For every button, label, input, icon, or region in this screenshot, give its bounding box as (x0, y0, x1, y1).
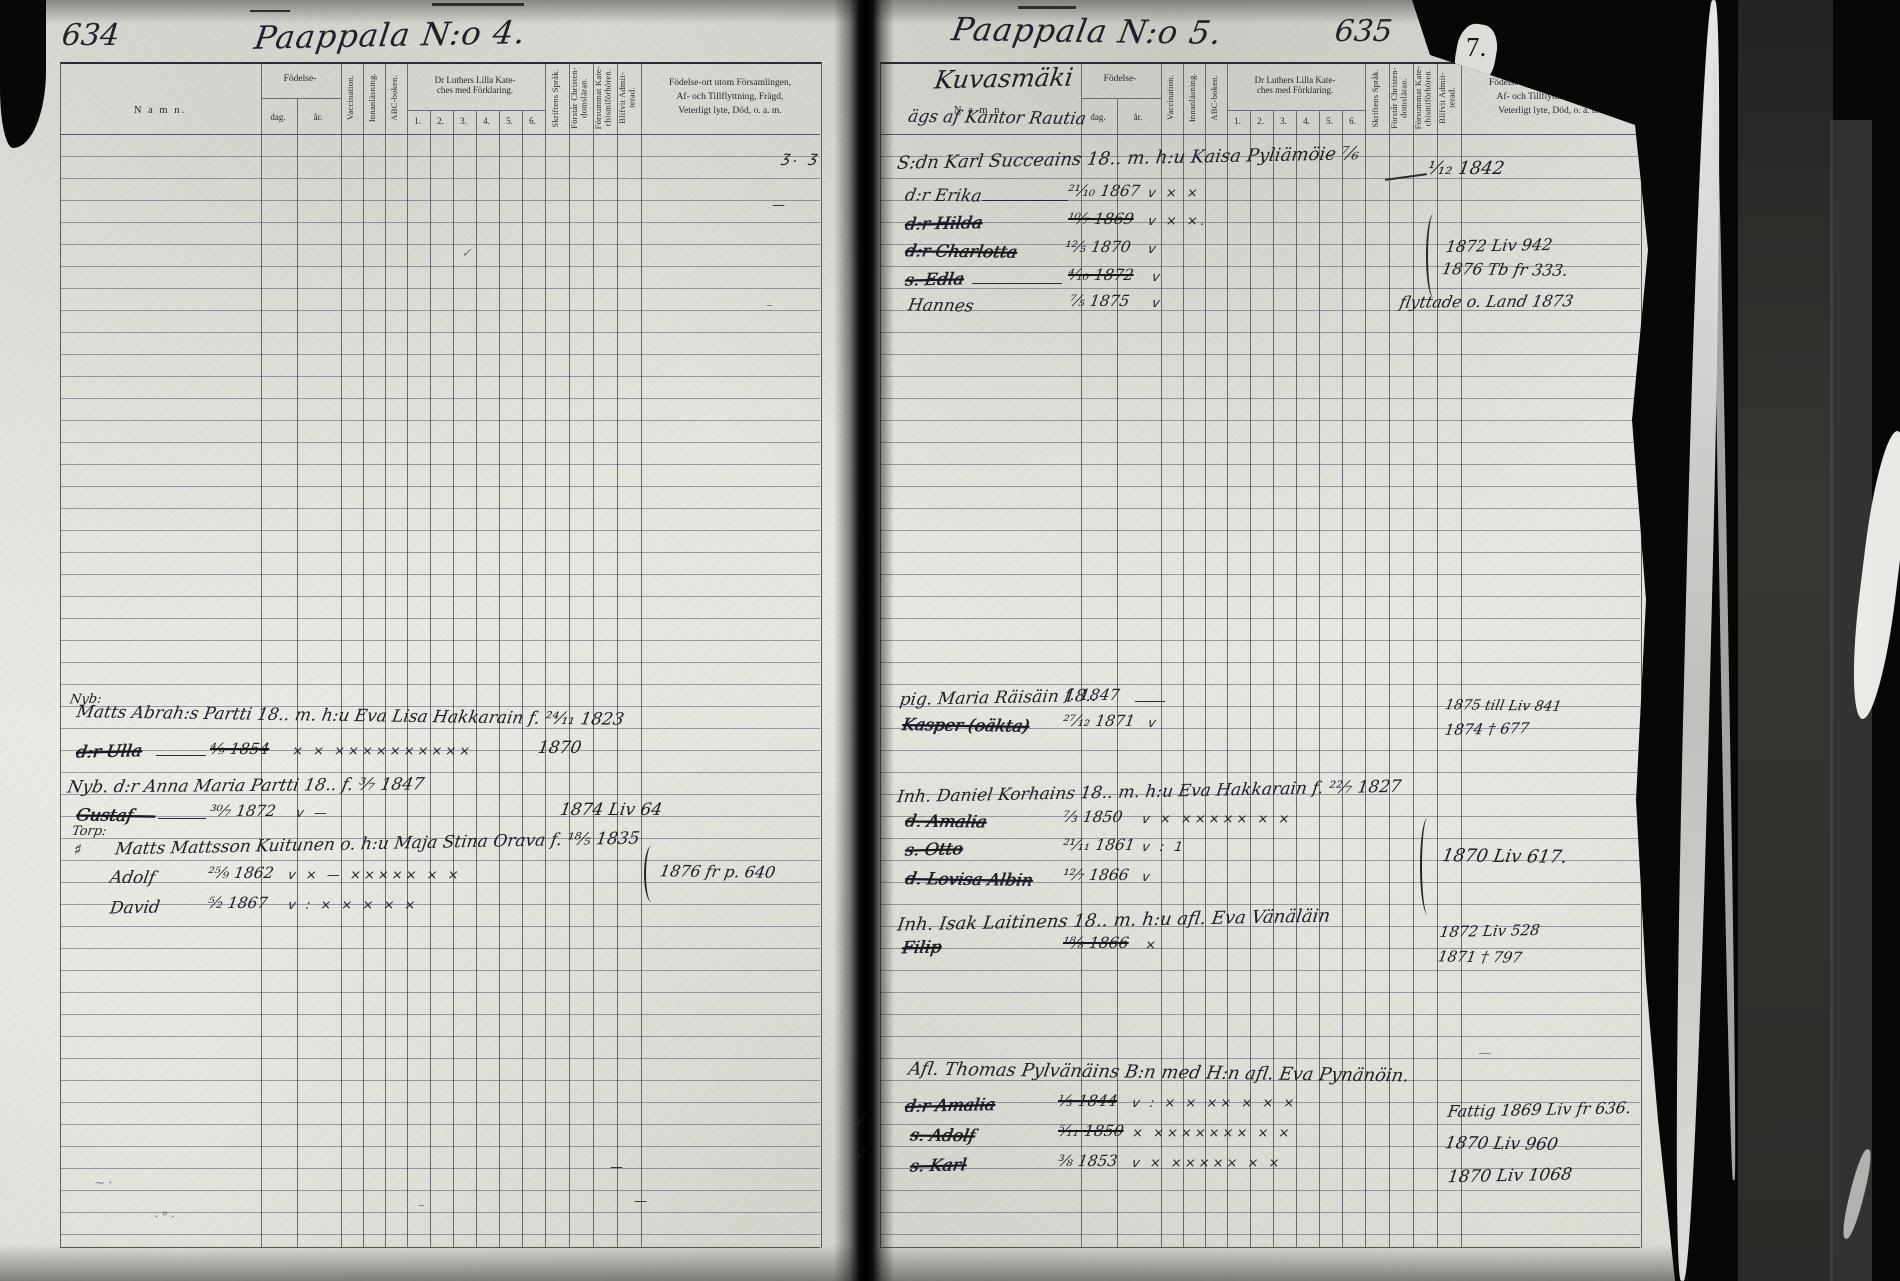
header-innanlasning: Innanläsning. (362, 62, 384, 134)
margin-note: 1874 Liv 64 (558, 800, 663, 820)
entry-marks: v : × × × × × (287, 898, 420, 913)
entry-name: Kasper (oäkta) (900, 715, 1030, 737)
header-katekes-4: 4. (1295, 108, 1318, 134)
header-katekes: Dr Luthers Lilla Kate- ches med Förklari… (406, 64, 544, 106)
entry-marks: v × × (1147, 186, 1202, 201)
header-blifvit: Blifvit Admit- terad. (616, 62, 640, 134)
entry-birthdate: ⁵⁄₂ 1867 (207, 894, 269, 912)
fill-line (158, 818, 206, 819)
header-abc-boken: ABC-boken. (1204, 62, 1226, 134)
entry-birthdate: ²¹⁄₁₁ 1861 (1062, 836, 1137, 854)
entry-birthdate: f. 1847 (1064, 686, 1121, 704)
entry-birthdate: ³⁰⁄₇ 1872 (209, 802, 277, 820)
header-katekes-1: 1. (1226, 108, 1249, 134)
margin-note: 1876 fr p. 640 (658, 861, 776, 882)
entry-birthdate: ²⁷⁄₁₂ 1871 (1062, 712, 1137, 730)
entry-birthdate: ¹²⁄₇ 1866 (1062, 866, 1130, 884)
entry-name: Nyb. d:r Anna Maria Partti 18.. f. ³⁄₇ 1… (66, 774, 426, 797)
entry-name: s. Adolf (908, 1126, 976, 1147)
ink-mark: ✓ (461, 246, 477, 261)
entry-marks: v × ××××× × × (1131, 1156, 1284, 1171)
book-binding-gutter (834, 0, 894, 1281)
header-katekes-5: 5. (498, 108, 521, 134)
margin-brace (1420, 818, 1435, 914)
header-forsummat: Försummat Kate- chismiförhören. (592, 62, 616, 134)
corner-number: 7. (1466, 32, 1486, 63)
entry-marks: v × — ××××× × × (287, 868, 463, 883)
fill-line (982, 200, 1068, 201)
entry-birthdate: ⁷⁄₅ 1875 (1069, 292, 1131, 310)
torn-page-band (1738, 0, 1833, 1281)
entry-name: d. Amalia (903, 811, 987, 832)
entry-name: David (109, 897, 162, 918)
header-forsummat: Försummat Kate- chismiförhören. (1412, 62, 1436, 134)
header-skriftens-sprak: Skriftens Språk. (544, 62, 568, 134)
entry-name: Hannes (906, 296, 975, 317)
header-innanlasning: Innanläsning. (1182, 62, 1204, 134)
left-page-number: 634 (60, 18, 121, 53)
entry-birthdate: ²⁵⁄₉ 1862 (207, 864, 275, 882)
fill-line (972, 283, 1062, 284)
margin-note: 1871 † 797 (1437, 947, 1524, 966)
header-ar: år. (1116, 102, 1160, 132)
entry-birthdate: ¹²⁄₅ 1870 (1064, 238, 1132, 256)
entry-birthdate: ³⁄₈ 1853 (1057, 1152, 1119, 1170)
entry-name: d. Lovisa Albin (903, 869, 1034, 891)
entry-name: d:r Erika (903, 185, 983, 206)
ink-mark: — (771, 198, 789, 213)
margin-note: 1876 Tb fr 333. (1441, 259, 1570, 280)
left-table-header: N a m n. Födelse- dag. år. Vaccination. … (60, 62, 820, 134)
margin-note: 1872 Liv 528 (1439, 921, 1541, 941)
margin-note: flyttade o. Land 1873 (1398, 291, 1575, 312)
entry-name: d:r Hilda (904, 213, 984, 235)
entry-name: s. Karl (909, 1155, 968, 1176)
gutter-check-mark: √ (855, 1148, 869, 1163)
right-page-number: 635 (1333, 14, 1394, 49)
header-katekes-3: 3. (1272, 108, 1295, 134)
entry-name: d:r Ulla (75, 741, 143, 762)
right-page-title: Paappala N:o 5. (949, 10, 1225, 52)
entry-marks: v × ××××× × × (1141, 812, 1294, 827)
margin-note: ¹⁄₁₂ 1842 (1426, 158, 1506, 179)
entry-birthdate: ²¹⁄₁₀ 1867 (1067, 182, 1142, 200)
left-page: 634 Paappala N:o 4. N a m n. Fö (60, 0, 820, 1281)
entry-name: d:r Amalia (903, 1095, 996, 1117)
header-katekes-1: 1. (406, 108, 429, 134)
margin-brace (1426, 214, 1441, 298)
entry-marks: × ××××××× × × (1131, 1126, 1294, 1141)
scanned-parish-register-spread: 634 Paappala N:o 4. N a m n. Fö (0, 0, 1900, 1281)
header-ar: år. (296, 102, 340, 132)
margin-note: 1870 Liv 960 (1443, 1133, 1559, 1155)
margin-note: Fattig 1869 Liv fr 636. (1446, 1098, 1632, 1121)
header-vaccination: Vaccination. (340, 62, 362, 134)
ink-mark: — (633, 1194, 651, 1209)
margin-note: 1870 Liv 1068 (1446, 1165, 1573, 1188)
header-fodelse: Födelse- (260, 64, 340, 94)
margin-brace (644, 846, 659, 902)
margin-note: 1875 till Liv 841 (1444, 697, 1563, 715)
entry-label: Torp: (71, 824, 108, 839)
entry-name: Filip (901, 938, 943, 959)
header-katekes-6: 6. (1341, 108, 1364, 134)
entry-marks: × × ×××××××××× (291, 744, 474, 759)
left-table-body (60, 134, 820, 1248)
entry-marks: v — (295, 806, 331, 821)
header-katekes: Dr Luthers Lilla Kate- ches med Förklari… (1226, 64, 1364, 106)
margin-note: 1870 Liv 617. (1440, 845, 1569, 868)
entry-marks: v : × × ×× × × × (1131, 1096, 1299, 1111)
entry-birthdate: ¹⁸⁄₈ 1866 (1062, 934, 1130, 952)
left-page-title: Paappala N:o 4. (252, 13, 528, 57)
header-skriftens-sprak: Skriftens Språk. (1364, 62, 1388, 134)
right-page: 635 Paappala N:o 5. N a m n. Födelse- (880, 0, 1640, 1281)
entry-name: Adolf (108, 868, 156, 889)
header-vaccination: Vaccination. (1160, 62, 1182, 134)
margin-note: 1874 † 677 (1444, 719, 1531, 739)
entry-marks: v × ×. (1147, 214, 1209, 229)
margin-note: 1870 (536, 738, 582, 758)
ink-mark: ʒ. ʒ (781, 148, 823, 166)
entry-birthdate: ⁷⁄₃ 1850 (1062, 808, 1124, 826)
header-dag: dag. (260, 102, 296, 132)
header-katekes-4: 4. (475, 108, 498, 134)
fill-line (156, 755, 206, 756)
header-abc-boken: ABC-boken. (384, 62, 406, 134)
ink-mark: — (609, 1160, 627, 1175)
header-forstar: Förstår Christen- domsläran. (1388, 62, 1412, 134)
ink-mark: ~· (93, 1176, 116, 1191)
fill-line (1135, 701, 1165, 702)
entry-birthdate: ⁴⁄₉ 1854 (209, 740, 271, 758)
header-katekes-6: 6. (521, 108, 544, 134)
page-edge-streak (1710, 60, 1738, 1180)
entry-name: d:r Charlotta (903, 241, 1018, 263)
entry-name: s. Edla (904, 269, 965, 290)
header-katekes-2: 2. (1249, 108, 1272, 134)
header-namn: N a m n. (60, 86, 260, 134)
entry-birthdate: ¹⁄₃ 1844 (1057, 1092, 1119, 1110)
header-fodelse: Födelse- (1080, 64, 1160, 94)
entry-birthdate: ⁵⁄₁₁ 1850 (1057, 1122, 1125, 1140)
header-forstar: Förstår Christen- domsläran. (568, 62, 592, 134)
ink-mark: — (1477, 1046, 1495, 1061)
header-blifvit: Blifvit Admit- terad. (1436, 62, 1460, 134)
margin-note: 1872 Liv 942 (1445, 235, 1554, 256)
header-katekes-3: 3. (452, 108, 475, 134)
village-name: Kuvasmäki (933, 63, 1075, 95)
entry-marks: v : 1 (1141, 840, 1187, 855)
header-katekes-2: 2. (429, 108, 452, 134)
header-fodelseort: Födelse-ort utom Församlingen, Af- och T… (640, 70, 820, 126)
owner-note: ägs af Kantor Rautia (906, 107, 1087, 129)
header-katekes-5: 5. (1318, 108, 1341, 134)
entry-birthdate: ¹⁰⁄₇ 1869 (1067, 210, 1135, 228)
gutter-check-mark: √ (855, 1114, 869, 1129)
ink-mark: ·°· (153, 1210, 179, 1225)
entry-name: s. Otto (904, 839, 964, 860)
entry-birthdate: ⁴⁄₁₀ 1872 (1067, 266, 1135, 284)
entry-marks: × (1144, 938, 1160, 953)
